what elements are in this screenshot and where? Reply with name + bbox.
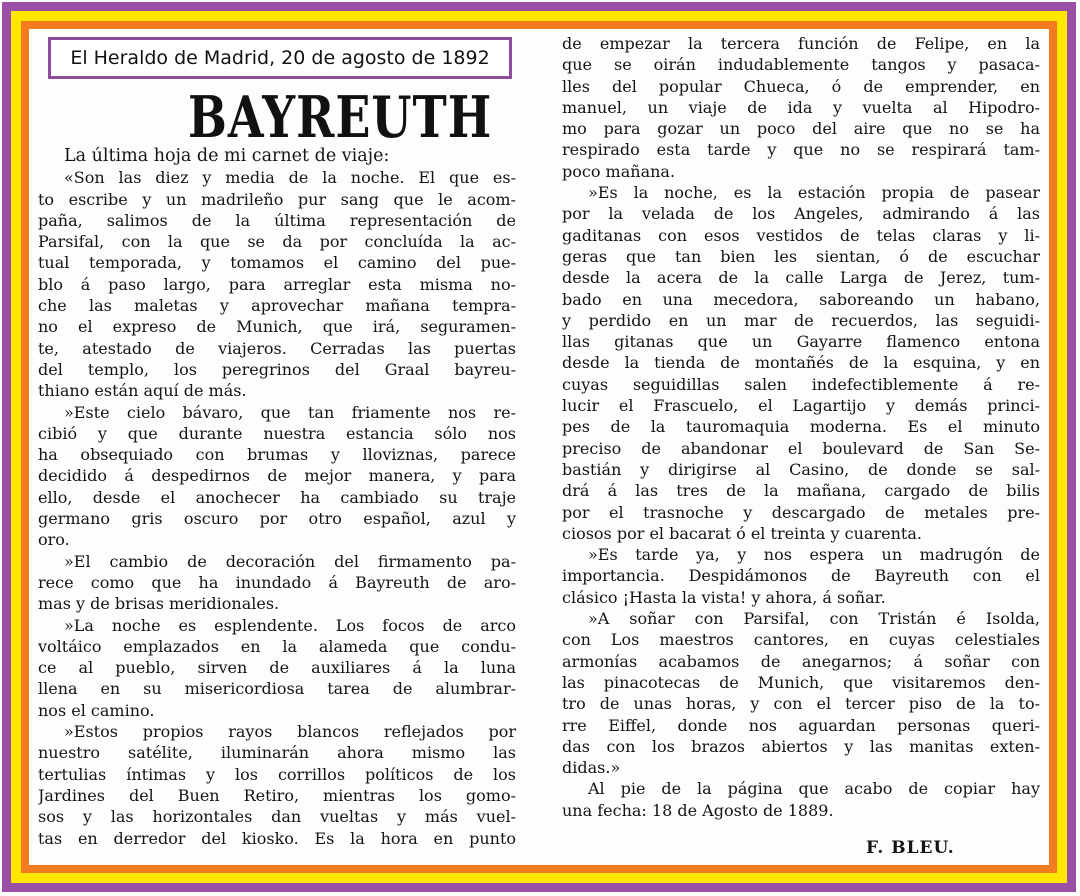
text-line: con Los maestros cantores, en cuyas cele… — [562, 629, 1040, 650]
text-line: to escribe y un madrileño pur sang que l… — [38, 189, 516, 210]
text-line: lles del popular Chueca, ó de emprender,… — [562, 76, 1040, 97]
text-line: mas y de brisas meridionales. — [38, 593, 516, 614]
text-line: armonías acabamos de anegarnos; á soñar … — [562, 651, 1040, 672]
text-line: »La noche es esplendente. Los focos de a… — [38, 615, 516, 636]
text-line: decidido á despedirnos de mejor manera, … — [38, 465, 516, 486]
text-line: »Este cielo bávaro, que tan friamente no… — [38, 402, 516, 423]
text-line: Jardines del Buen Retiro, mientras los g… — [38, 785, 516, 806]
text-line: te, atestado de viajeros. Cerradas las p… — [38, 338, 516, 359]
text-line: desde la tienda de montañés de la esquin… — [562, 352, 1040, 373]
text-line: che las maletas y aprovechar mañana temp… — [38, 295, 516, 316]
text-line: bastián y dirigirse al Casino, de donde … — [562, 459, 1040, 480]
text-line: das con los brazos abiertos y las manita… — [562, 736, 1040, 757]
text-line: por la velada de los Angeles, admirando … — [562, 203, 1040, 224]
text-line: gaditanas con esos vestidos de telas cla… — [562, 225, 1040, 246]
text-line: germano gris oscuro por otro español, az… — [38, 508, 516, 529]
text-line: ciosos por el bacarat ó el treinta y cua… — [562, 523, 1040, 544]
text-line: didas.» — [562, 757, 1040, 778]
text-line: sos y las horizontales dan vueltas y más… — [38, 806, 516, 827]
text-line: »El cambio de decoración del firmamento … — [38, 551, 516, 572]
text-line: »Es tarde ya, y nos espera un madrugón d… — [562, 544, 1040, 565]
text-line: rece como que ha inundado á Bayreuth de … — [38, 572, 516, 593]
text-line: voltáico emplazados en la alameda que co… — [38, 636, 516, 657]
text-line: por el trasnoche y descargado de metales… — [562, 502, 1040, 523]
text-line: tual temporada, y tomamos el camino del … — [38, 252, 516, 273]
text-line: blo á paso largo, para arreglar esta mis… — [38, 274, 516, 295]
text-line: tas en derredor del kiosko. Es la hora e… — [38, 828, 516, 849]
text-line: rre Eiffel, donde nos aguardan personas … — [562, 715, 1040, 736]
text-line: pes de la tauromaquia moderna. Es el min… — [562, 416, 1040, 437]
text-line: ha obsequiado con brumas y lloviznas, pa… — [38, 444, 516, 465]
text-line: nos el camino. — [38, 700, 516, 721]
text-line: de empezar la tercera función de Felipe,… — [562, 33, 1040, 54]
text-line: desde la acera de la calle Larga de Jere… — [562, 267, 1040, 288]
text-line: »A soñar con Parsifal, con Tristán é Iso… — [562, 608, 1040, 629]
text-line: preciso de abandonar el boulevard de San… — [562, 438, 1040, 459]
right-column: de empezar la tercera función de Felipe,… — [562, 33, 1040, 821]
author-signature: F. BLEU. — [866, 838, 955, 858]
text-line: del templo, los peregrinos del Graal bay… — [38, 359, 516, 380]
caption-text: El Heraldo de Madrid, 20 de agosto de 18… — [70, 47, 489, 69]
text-line: tro de unas horas, y con el tercer piso … — [562, 693, 1040, 714]
footnote-line: una fecha: 18 de Agosto de 1889. — [562, 800, 1040, 821]
text-line: las pinacotecas de Munich, que visitarem… — [562, 672, 1040, 693]
text-line: llas gitanas que un Gayarre flamenco ent… — [562, 331, 1040, 352]
text-line: ello, desde el anochecer ha cambiado su … — [38, 487, 516, 508]
text-line: paña, salimos de la última representació… — [38, 210, 516, 231]
text-line: tertulias íntimas y los corrillos políti… — [38, 764, 516, 785]
text-line: Parsifal, con la que se da por concluída… — [38, 231, 516, 252]
text-line: no el expreso de Munich, que irá, segura… — [38, 316, 516, 337]
text-line: ce al pueblo, sirven de auxiliares á la … — [38, 657, 516, 678]
text-line: «Son las diez y media de la noche. El qu… — [38, 167, 516, 188]
source-caption: El Heraldo de Madrid, 20 de agosto de 18… — [48, 37, 512, 79]
text-line: oro. — [38, 529, 516, 550]
text-line: que se oirán indudablemente tangos y pas… — [562, 54, 1040, 75]
text-line: »Estos propios rayos blancos reflejados … — [38, 721, 516, 742]
text-line: »Es la noche, es la estación propia de p… — [562, 182, 1040, 203]
intro-line: La última hoja de mi carnet de viaje: — [38, 146, 516, 167]
text-line: geras que tan bien les sientan, ó de esc… — [562, 246, 1040, 267]
text-line: bado en una mecedora, saboreando un haba… — [562, 289, 1040, 310]
text-line: respirado esta tarde y que no se respira… — [562, 139, 1040, 160]
text-line: llena en su misericordiosa tarea de alum… — [38, 678, 516, 699]
text-line: poco mañana. — [562, 161, 1040, 182]
text-line: importancia. Despidámonos de Bayreuth co… — [562, 565, 1040, 586]
text-line: nuestro satélite, iluminarán ahora mismo… — [38, 742, 516, 763]
text-line: lucir el Frascuelo, el Lagartijo y demás… — [562, 395, 1040, 416]
text-line: cuyas seguidillas salen indefectiblement… — [562, 374, 1040, 395]
footnote-line: Al pie de la página que acabo de copiar … — [562, 778, 1040, 799]
left-column: La última hoja de mi carnet de viaje: «S… — [38, 146, 516, 849]
text-line: cibió y que durante nuestra estancia sól… — [38, 423, 516, 444]
text-line: manuel, un viaje de ida y vuelta al Hipo… — [562, 97, 1040, 118]
text-line: mo para gozar un poco del aire que no se… — [562, 118, 1040, 139]
text-line: drá á las tres de la mañana, cargado de … — [562, 480, 1040, 501]
text-line: thiano están aquí de más. — [38, 380, 516, 401]
text-line: clásico ¡Hasta la vista! y ahora, á soña… — [562, 587, 1040, 608]
text-line: y perdido en un mar de recuerdos, las se… — [562, 310, 1040, 331]
